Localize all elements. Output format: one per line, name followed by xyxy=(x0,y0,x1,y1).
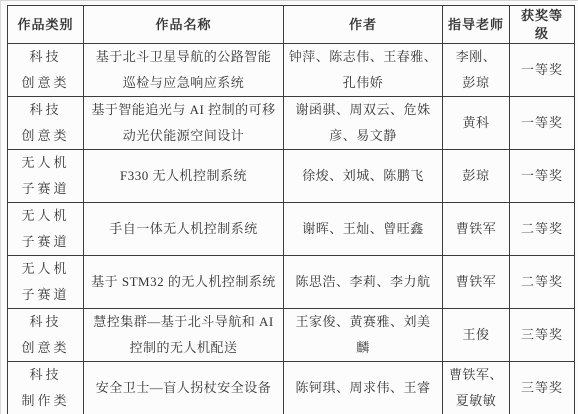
cell-work-name: 慧控集群—基于北斗导航和 AI 控制的无人机配送 xyxy=(84,309,284,362)
cell-category: 科技 创意类 xyxy=(8,44,84,97)
table-row: 无人机 子赛道 基于 STM32 的无人机控制系统 陈思浩、李莉、李力航 曹铁军… xyxy=(8,256,575,309)
cell-authors: 王家俊、黄赛雅、刘美 麟 xyxy=(284,309,443,362)
table-row: 科技 创意类 基于北斗卫星导航的公路智能 巡检与应急响应系统 钟萍、陈志伟、王春… xyxy=(8,44,575,97)
column-header-category: 作品类别 xyxy=(8,6,84,44)
cell-authors: 钟萍、陈志伟、王春雅、 孔伟娇 xyxy=(284,44,443,97)
cell-category: 无人机 子赛道 xyxy=(8,150,84,203)
cell-award-level: 一等奖 xyxy=(510,150,575,203)
awards-table: 作品类别 作品名称 作者 指导老师 获奖等 级 科技 创意类 基于北斗卫星导航的… xyxy=(7,5,575,414)
table-row: 科技 创意类 基于智能追光与 AI 控制的可移 动光伏能源空间设计 谢函骐、周双… xyxy=(8,97,575,150)
cell-advisor: 彭琼 xyxy=(443,150,510,203)
cell-category: 科技 创意类 xyxy=(8,97,84,150)
cell-authors: 谢晖、王灿、曾旺鑫 xyxy=(284,203,443,256)
cell-advisor: 曹铁军、 夏敏敏 xyxy=(443,362,510,414)
cell-authors: 谢函骐、周双云、危姝 彦、易文静 xyxy=(284,97,443,150)
cell-authors: 陈思浩、李莉、李力航 xyxy=(284,256,443,309)
table-row: 无人机 子赛道 手自一体无人机控制系统 谢晖、王灿、曾旺鑫 曹铁军 二等奖 xyxy=(8,203,575,256)
cell-work-name: 基于智能追光与 AI 控制的可移 动光伏能源空间设计 xyxy=(84,97,284,150)
table-row: 科技 制作类 安全卫士—盲人拐杖安全设备 陈钶琪、周求伟、王睿 曹铁军、 夏敏敏… xyxy=(8,362,575,414)
cell-advisor: 曹铁军 xyxy=(443,203,510,256)
cell-award-level: 一等奖 xyxy=(510,44,575,97)
cell-work-name: 手自一体无人机控制系统 xyxy=(84,203,284,256)
cell-advisor: 黄科 xyxy=(443,97,510,150)
cell-authors: 陈钶琪、周求伟、王睿 xyxy=(284,362,443,414)
cell-category: 无人机 子赛道 xyxy=(8,203,84,256)
table-row: 科技 创意类 慧控集群—基于北斗导航和 AI 控制的无人机配送 王家俊、黄赛雅、… xyxy=(8,309,575,362)
cell-award-level: 二等奖 xyxy=(510,203,575,256)
cell-award-level: 二等奖 xyxy=(510,256,575,309)
cell-work-name: F330 无人机控制系统 xyxy=(84,150,284,203)
column-header-authors: 作者 xyxy=(284,6,443,44)
cell-advisor: 曹铁军 xyxy=(443,256,510,309)
cell-award-level: 三等奖 xyxy=(510,362,575,414)
cell-award-level: 三等奖 xyxy=(510,309,575,362)
cell-work-name: 安全卫士—盲人拐杖安全设备 xyxy=(84,362,284,414)
cell-award-level: 一等奖 xyxy=(510,97,575,150)
column-header-advisor: 指导老师 xyxy=(443,6,510,44)
cell-category: 无人机 子赛道 xyxy=(8,256,84,309)
page-crop-left-line xyxy=(0,0,1,414)
cell-work-name: 基于北斗卫星导航的公路智能 巡检与应急响应系统 xyxy=(84,44,284,97)
cell-work-name: 基于 STM32 的无人机控制系统 xyxy=(84,256,284,309)
column-header-work-name: 作品名称 xyxy=(84,6,284,44)
cell-advisor: 王俊 xyxy=(443,309,510,362)
cell-authors: 徐焌、刘城、陈鹏飞 xyxy=(284,150,443,203)
cell-advisor: 李刚、 彭琼 xyxy=(443,44,510,97)
column-header-award-level: 获奖等 级 xyxy=(510,6,575,44)
page-crop-top-line xyxy=(0,0,578,1)
cell-category: 科技 创意类 xyxy=(8,309,84,362)
header-row: 作品类别 作品名称 作者 指导老师 获奖等 级 xyxy=(8,6,575,44)
cell-category: 科技 制作类 xyxy=(8,362,84,414)
table-row: 无人机 子赛道 F330 无人机控制系统 徐焌、刘城、陈鹏飞 彭琼 一等奖 xyxy=(8,150,575,203)
